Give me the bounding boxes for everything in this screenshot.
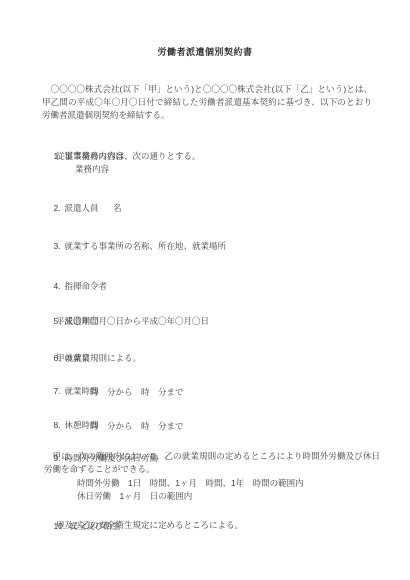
section-number: 8. [53, 420, 60, 430]
section-1-line: 従事業務の内容は、次の通りとする。 [56, 150, 201, 163]
section-9-line: 時間外労働 1日 時間、1ヶ月 時間、1年 時間の範囲内 [77, 477, 304, 490]
section-title: 指揮命令者 [65, 281, 108, 291]
section-9-body: 甲は、次の範囲内において、乙の就業規則の定めるところにより時間外労働及び休日労働… [44, 450, 380, 476]
section-title: 就業する事業所の名称、所在地、就業場所 [65, 241, 227, 251]
section-7-line: 時 分から 時 分まで [90, 386, 184, 399]
section-number: 7. [53, 386, 60, 396]
section-5-line: 平成〇年〇月〇日から平成〇年〇月〇日 [56, 315, 209, 328]
section-8-line: 時 分から 時 分まで [90, 420, 184, 433]
section-title: 派遣人員 [65, 203, 99, 213]
section-number: 4. [53, 281, 60, 291]
section-3-heading: 3.就業する事業所の名称、所在地、就業場所 [44, 227, 226, 266]
section-1-line: 業務内容 [75, 163, 109, 176]
section-10-line: 甲及び乙の安全衛生規定に定めるところによる。 [56, 519, 243, 532]
document-title: 労働者派遣個別契約書 [0, 45, 410, 58]
intro-paragraph: 〇〇〇〇株式会社(以下「甲」という)と〇〇〇〇株式会社(以下「乙」という)とは、… [42, 83, 372, 122]
section-number: 2. [53, 203, 60, 213]
contract-document-page: 労働者派遣個別契約書 〇〇〇〇株式会社(以下「甲」という)と〇〇〇〇株式会社(以… [0, 0, 410, 580]
section-number: 3. [53, 241, 60, 251]
section-6-line: 甲の就業規則による。 [56, 352, 141, 365]
section-9-line: 休日労働 1ヶ月 日の範囲内 [77, 490, 192, 503]
section-2-line: 名 [113, 202, 122, 215]
section-2-heading: 2.派遣人員 [44, 189, 99, 228]
section-4-heading: 4.指揮命令者 [44, 267, 107, 306]
